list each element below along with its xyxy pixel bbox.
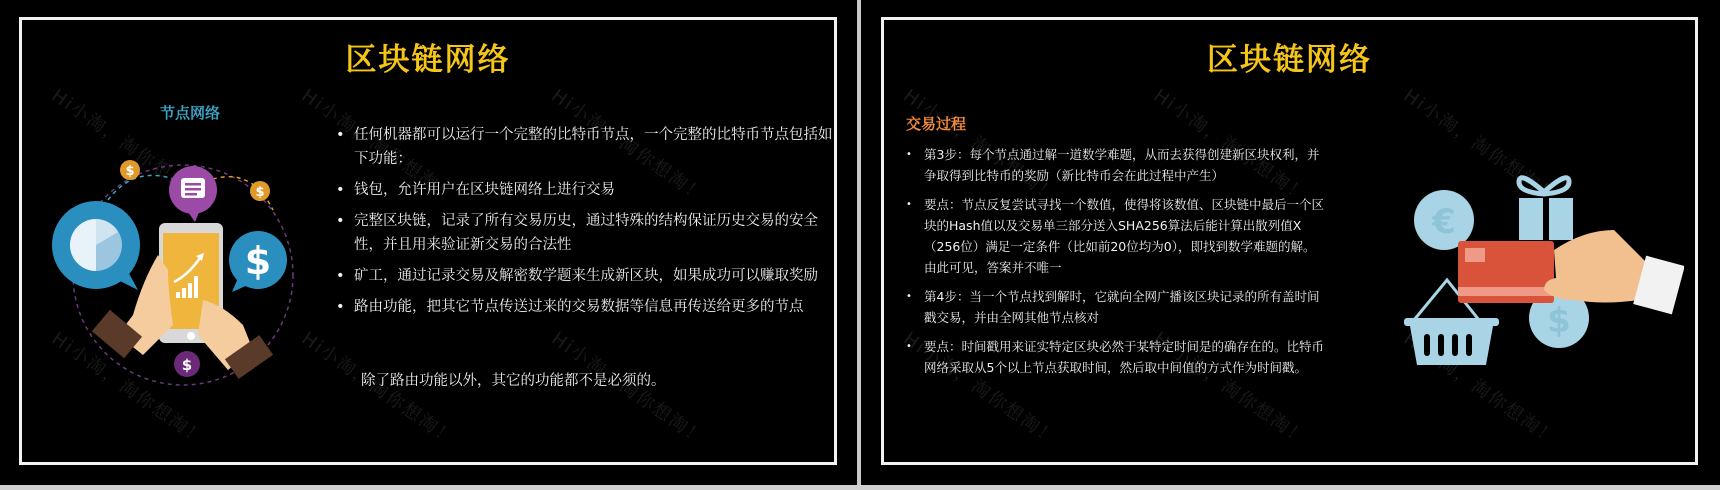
dollar-coin-icon: $ <box>250 181 270 201</box>
svg-text:$: $ <box>182 356 192 374</box>
slide-transaction-process[interactable]: Hi小淘，淘你想淘！ Hi小淘，淘你想淘！ Hi小淘，淘你想淘！ Hi小淘，淘你… <box>881 17 1698 465</box>
slide-title: 区块链网络 <box>22 34 834 79</box>
list-item: •完整区块链，记录了所有交易历史，通过特殊的结构保证历史交易的安全性，并且用来验… <box>336 209 836 257</box>
footnote: 除了路由功能以外，其它的功能都不是必须的。 <box>361 369 666 390</box>
list-item: •第4步：当一个节点找到解时，它就向全网广播该区块记录的所有盖时间戳交易，并由全… <box>906 286 1326 328</box>
svg-text:€: € <box>1431 202 1456 242</box>
svg-text:$: $ <box>125 164 134 179</box>
list-item: •矿工，通过记录交易及解密数学题来生成新区块，如果成功可以赚取奖励 <box>336 264 836 288</box>
svg-text:$: $ <box>1547 301 1571 341</box>
list-item: •任何机器都可以运行一个完整的比特币节点，一个完整的比特币节点包括如下功能： <box>336 123 836 171</box>
list-item: •路由功能，把其它节点传送过来的交易数据等信息再传送给更多的节点 <box>336 295 836 319</box>
list-item: •要点：时间戳用来证实特定区块必然于某特定时间是的确存在的。比特币网络采取从5个… <box>906 336 1326 378</box>
slide-node-network[interactable]: Hi小淘，淘你想淘！ Hi小淘，淘你想淘！ Hi小淘，淘你想淘！ Hi小淘，淘你… <box>19 17 837 465</box>
section-heading: 交易过程 <box>906 113 966 134</box>
dollar-bubble-icon: $ <box>229 231 287 292</box>
transaction-steps-list: •第3步：每个节点通过解一道数学难题，从而去获得创建新区块权利，并争取得到比特币… <box>906 144 1326 386</box>
dollar-coin-icon: $ <box>174 351 200 377</box>
feature-list: •任何机器都可以运行一个完整的比特币节点，一个完整的比特币节点包括如下功能： •… <box>336 123 836 326</box>
svg-text:$: $ <box>255 185 264 200</box>
svg-text:$: $ <box>245 239 271 283</box>
chat-bubble-icon <box>169 166 217 222</box>
credit-card-icon <box>1458 241 1554 303</box>
dollar-coin-icon: $ <box>120 160 140 180</box>
list-item: •要点：节点反复尝试寻找一个数值，使得将该数值、区块链中最后一个区块的Hash值… <box>906 194 1326 278</box>
pie-chart-bubble-icon <box>52 201 140 290</box>
gift-box-icon <box>1519 178 1573 240</box>
list-item: •第3步：每个节点通过解一道数学难题，从而去获得创建新区块权利，并争取得到比特币… <box>906 144 1326 186</box>
bottom-divider <box>0 485 1720 490</box>
node-network-illustration: $ $ $ $ <box>48 140 318 420</box>
list-item: •钱包，允许用户在区块链网络上进行交易 <box>336 178 836 202</box>
slide-divider-vertical <box>857 0 861 490</box>
slide-title: 区块链网络 <box>884 34 1695 79</box>
section-heading: 节点网络 <box>160 102 220 123</box>
payment-illustration: € $ <box>1394 160 1684 370</box>
